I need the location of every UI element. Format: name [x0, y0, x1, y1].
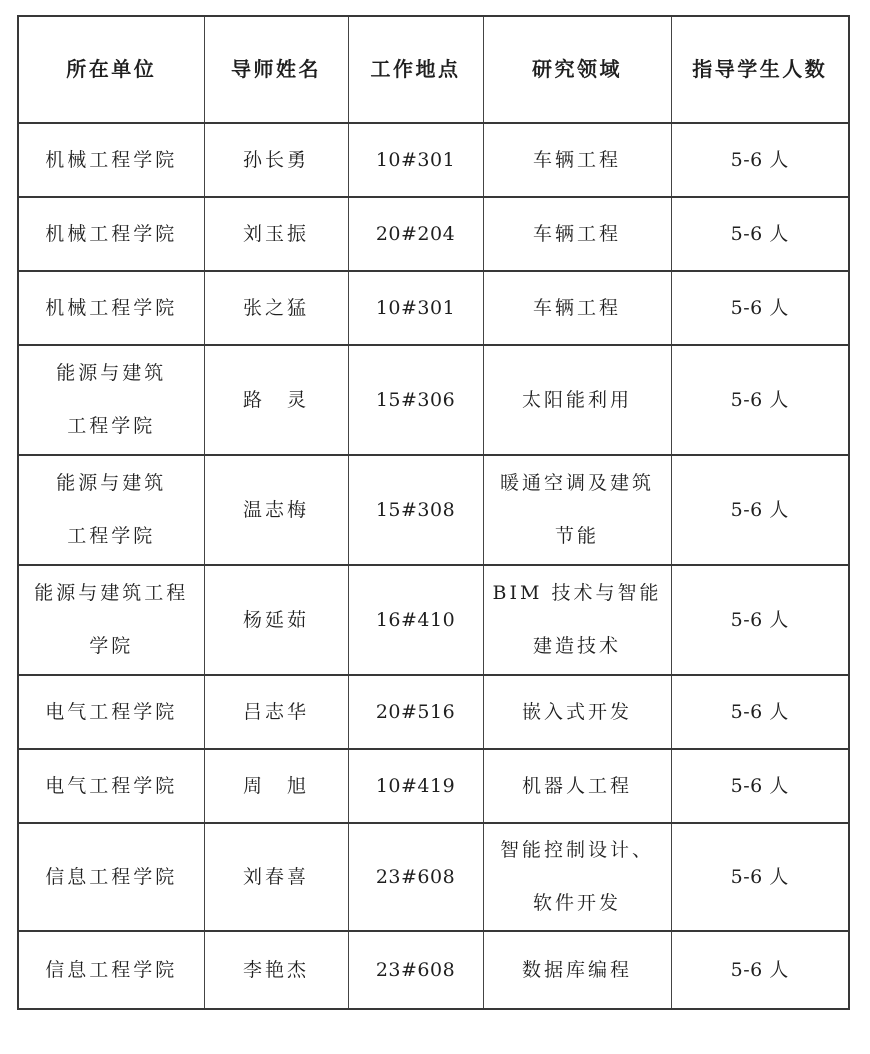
- document-page: 所在单位 导师姓名 工作地点 研究领域 指导学生人数 机械工程学院 孙长勇 10…: [0, 0, 870, 1054]
- cell-field: 数据库编程: [483, 931, 671, 1009]
- cell-location: 15#306: [348, 345, 483, 455]
- cell-location: 10#301: [348, 271, 483, 345]
- table-row: 能源与建筑 工程学院 路 灵 15#306 太阳能利用 5-6 人: [18, 345, 849, 455]
- cell-field: 智能控制设计、 软件开发: [483, 823, 671, 931]
- cell-name: 吕志华: [204, 675, 348, 749]
- cell-location: 20#204: [348, 197, 483, 271]
- cell-students: 5-6 人: [671, 123, 849, 197]
- cell-students: 5-6 人: [671, 455, 849, 565]
- column-header-field: 研究领域: [483, 16, 671, 123]
- cell-field: 车辆工程: [483, 271, 671, 345]
- advisor-table: 所在单位 导师姓名 工作地点 研究领域 指导学生人数 机械工程学院 孙长勇 10…: [17, 15, 850, 1010]
- table-row: 信息工程学院 刘春喜 23#608 智能控制设计、 软件开发 5-6 人: [18, 823, 849, 931]
- cell-location: 10#301: [348, 123, 483, 197]
- cell-unit: 机械工程学院: [18, 271, 204, 345]
- cell-students: 5-6 人: [671, 565, 849, 675]
- cell-name: 刘玉振: [204, 197, 348, 271]
- table-row: 能源与建筑 工程学院 温志梅 15#308 暖通空调及建筑 节能 5-6 人: [18, 455, 849, 565]
- column-header-students: 指导学生人数: [671, 16, 849, 123]
- cell-name: 温志梅: [204, 455, 348, 565]
- cell-location: 15#308: [348, 455, 483, 565]
- table-row: 机械工程学院 张之猛 10#301 车辆工程 5-6 人: [18, 271, 849, 345]
- cell-location: 16#410: [348, 565, 483, 675]
- cell-name: 李艳杰: [204, 931, 348, 1009]
- cell-students: 5-6 人: [671, 271, 849, 345]
- cell-location: 10#419: [348, 749, 483, 823]
- cell-students: 5-6 人: [671, 197, 849, 271]
- cell-location: 23#608: [348, 823, 483, 931]
- table-row: 机械工程学院 刘玉振 20#204 车辆工程 5-6 人: [18, 197, 849, 271]
- cell-unit: 电气工程学院: [18, 749, 204, 823]
- cell-unit: 机械工程学院: [18, 197, 204, 271]
- table-row: 电气工程学院 周 旭 10#419 机器人工程 5-6 人: [18, 749, 849, 823]
- cell-field: 嵌入式开发: [483, 675, 671, 749]
- cell-name: 杨延茹: [204, 565, 348, 675]
- cell-name: 刘春喜: [204, 823, 348, 931]
- column-header-unit: 所在单位: [18, 16, 204, 123]
- cell-unit: 能源与建筑 工程学院: [18, 455, 204, 565]
- cell-location: 20#516: [348, 675, 483, 749]
- table-row: 能源与建筑工程 学院 杨延茹 16#410 BIM 技术与智能 建造技术 5-6…: [18, 565, 849, 675]
- cell-unit: 信息工程学院: [18, 931, 204, 1009]
- cell-field: 车辆工程: [483, 123, 671, 197]
- column-header-name: 导师姓名: [204, 16, 348, 123]
- table-row: 信息工程学院 李艳杰 23#608 数据库编程 5-6 人: [18, 931, 849, 1009]
- table-row: 机械工程学院 孙长勇 10#301 车辆工程 5-6 人: [18, 123, 849, 197]
- cell-field: 车辆工程: [483, 197, 671, 271]
- header-row: 所在单位 导师姓名 工作地点 研究领域 指导学生人数: [18, 16, 849, 123]
- cell-name: 周 旭: [204, 749, 348, 823]
- cell-students: 5-6 人: [671, 823, 849, 931]
- cell-field: 太阳能利用: [483, 345, 671, 455]
- cell-students: 5-6 人: [671, 931, 849, 1009]
- cell-students: 5-6 人: [671, 675, 849, 749]
- cell-unit: 电气工程学院: [18, 675, 204, 749]
- cell-unit: 信息工程学院: [18, 823, 204, 931]
- table-row: 电气工程学院 吕志华 20#516 嵌入式开发 5-6 人: [18, 675, 849, 749]
- cell-location: 23#608: [348, 931, 483, 1009]
- cell-unit: 机械工程学院: [18, 123, 204, 197]
- cell-unit: 能源与建筑 工程学院: [18, 345, 204, 455]
- cell-field: 暖通空调及建筑 节能: [483, 455, 671, 565]
- cell-field: BIM 技术与智能 建造技术: [483, 565, 671, 675]
- cell-students: 5-6 人: [671, 345, 849, 455]
- cell-field: 机器人工程: [483, 749, 671, 823]
- cell-name: 张之猛: [204, 271, 348, 345]
- cell-unit: 能源与建筑工程 学院: [18, 565, 204, 675]
- column-header-location: 工作地点: [348, 16, 483, 123]
- cell-name: 路 灵: [204, 345, 348, 455]
- cell-name: 孙长勇: [204, 123, 348, 197]
- cell-students: 5-6 人: [671, 749, 849, 823]
